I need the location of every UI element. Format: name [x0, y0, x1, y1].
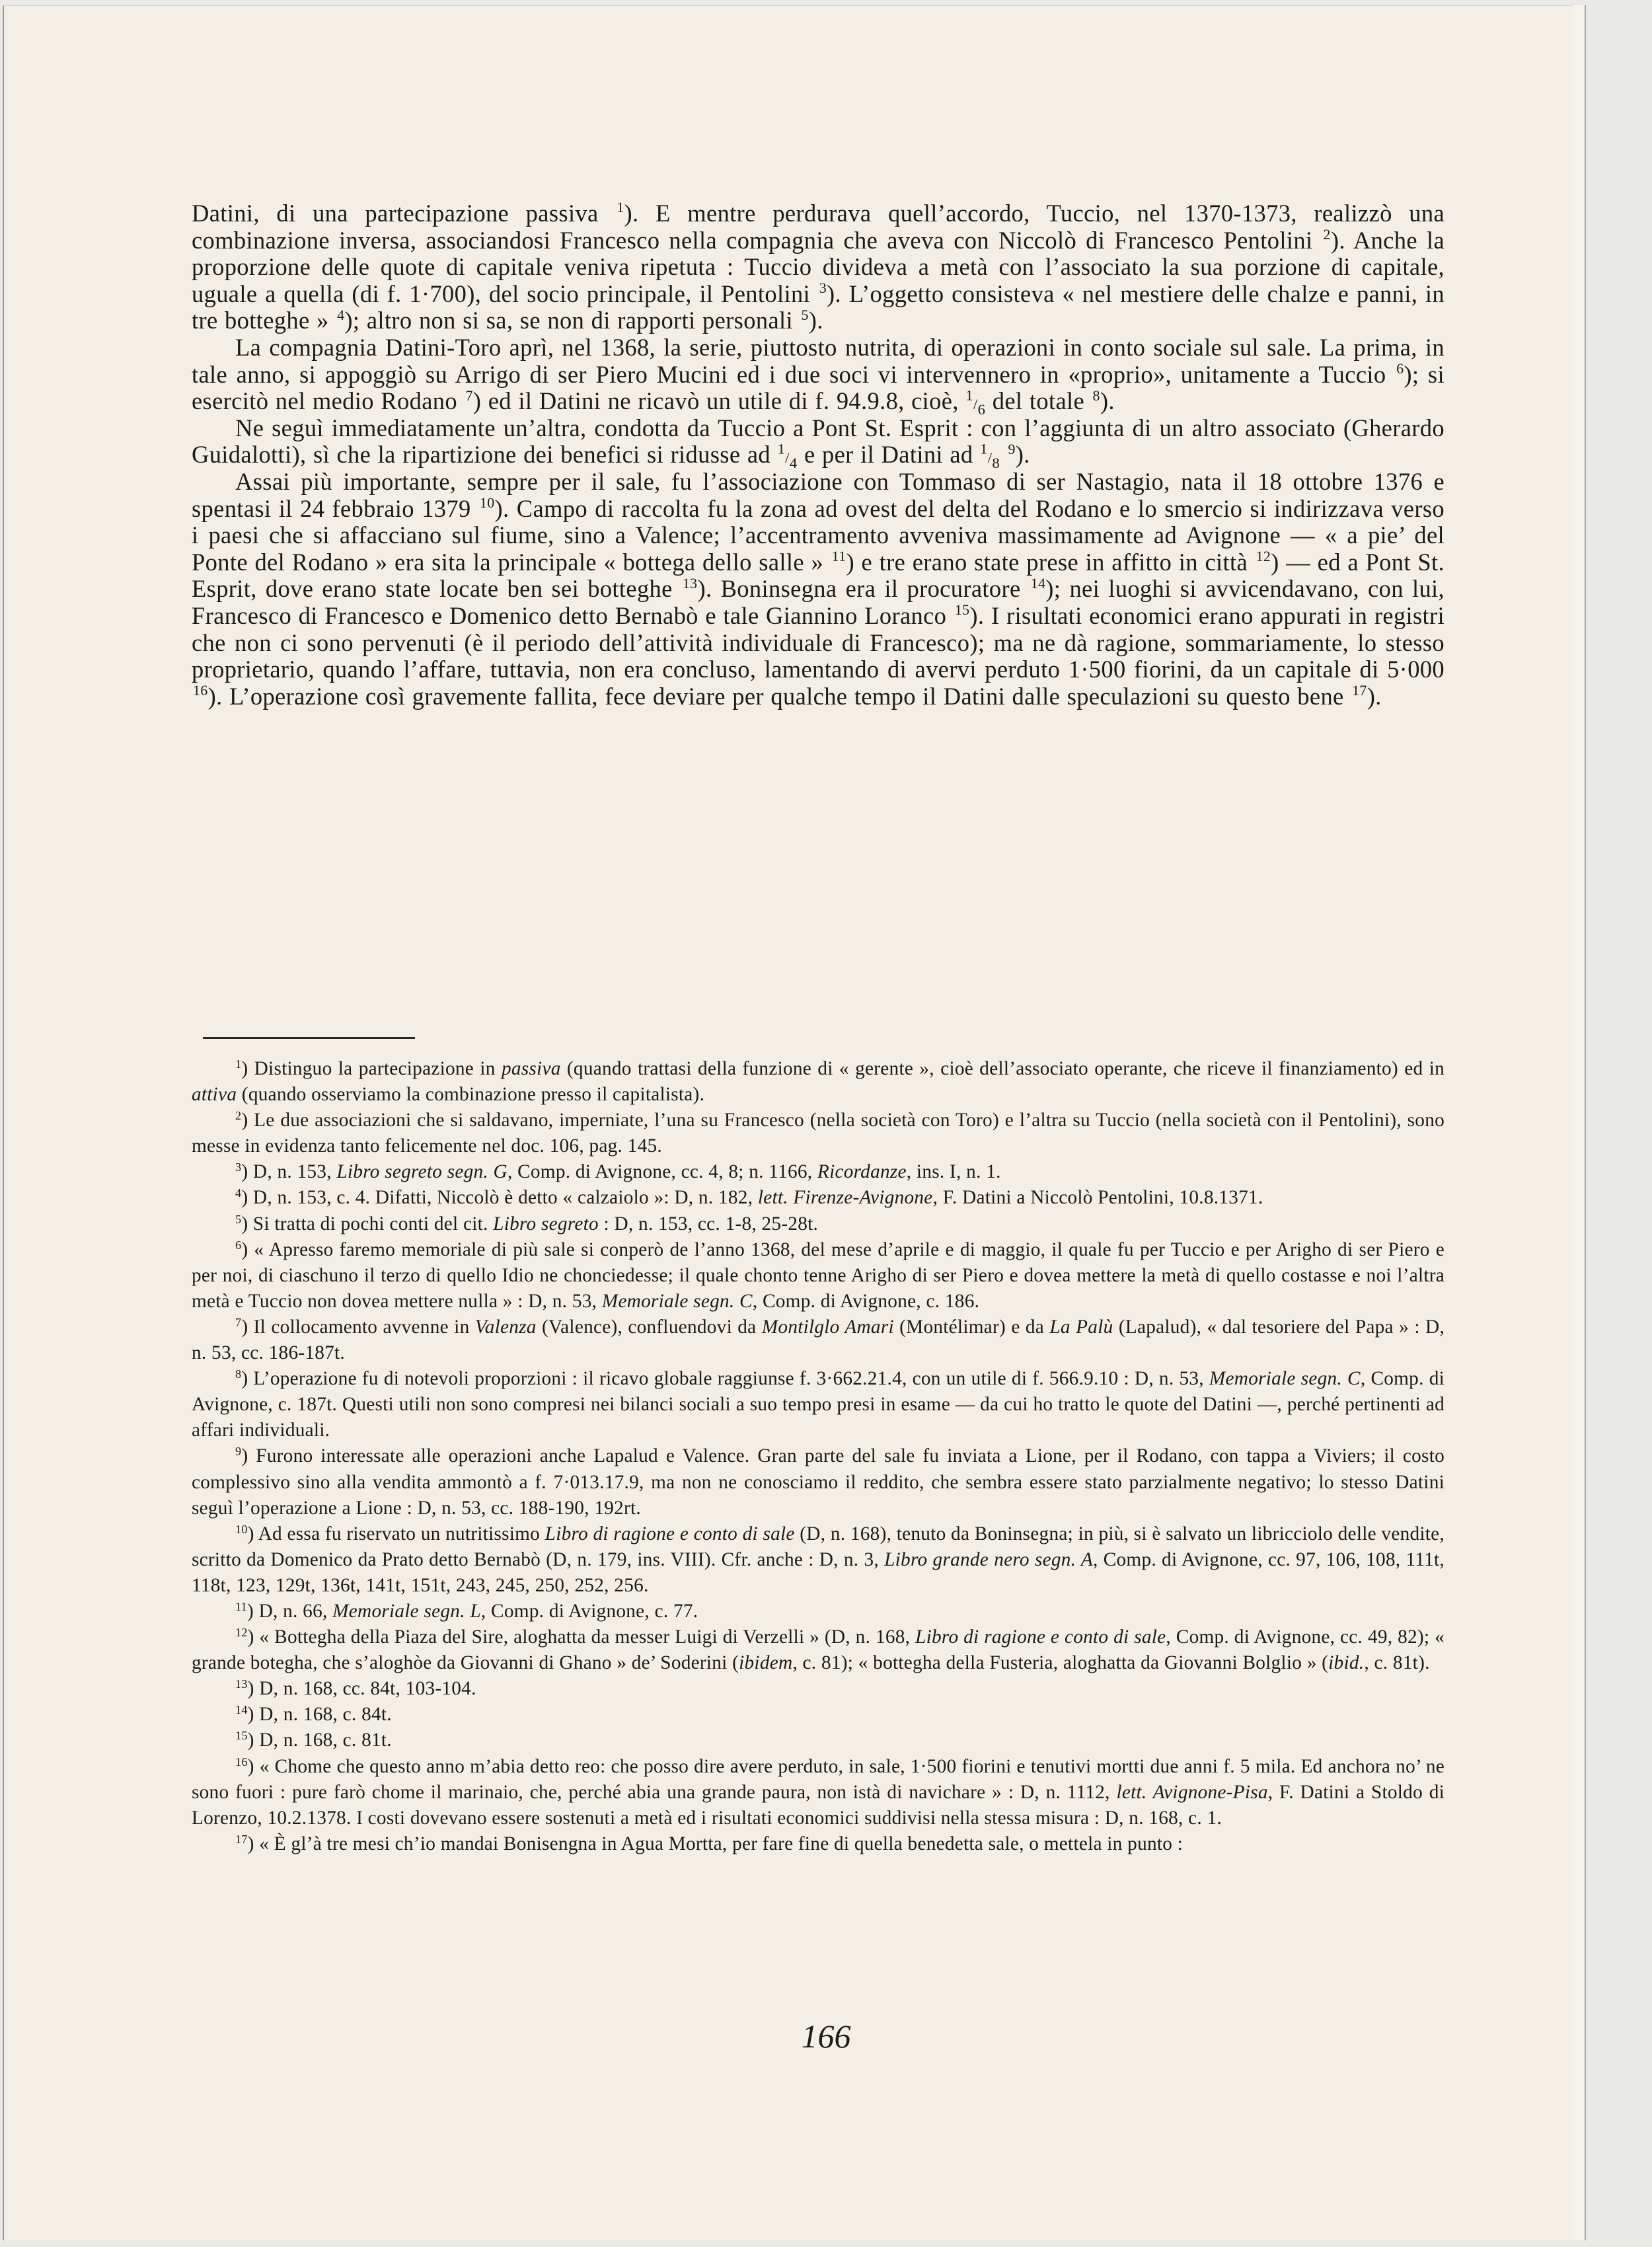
text-run: ) e tre erano state prese in affitto in … — [846, 549, 1254, 576]
text-run: del totale — [985, 387, 1091, 414]
text-run: (Montélimar) e da — [894, 1316, 1050, 1338]
footnote-ref: 3 — [819, 280, 827, 296]
footnote-ref: 7 — [465, 387, 472, 404]
fraction: 1/8 — [980, 449, 1000, 466]
footnote-10: 10) Ad essa fu riservato un nutritissimo… — [192, 1521, 1445, 1599]
footnote-14: 14) D, n. 168, c. 84t. — [192, 1702, 1445, 1728]
text-run — [1000, 441, 1006, 468]
text-run: ). Boninsegna era il procuratore — [697, 575, 1029, 602]
fraction-numerator: 1 — [965, 387, 973, 404]
italic-title: Memoriale segn. L — [332, 1601, 481, 1622]
italic-title: attiva — [192, 1084, 237, 1105]
footnote-ref: 11 — [832, 548, 846, 564]
text-run: , F. Datini a Niccolò Pentolini, 10.8.13… — [933, 1187, 1263, 1208]
footnote-marker: 10 — [235, 1523, 248, 1536]
footnote-11: 11) D, n. 66, Memoriale segn. L, Comp. d… — [192, 1599, 1445, 1624]
text-run: e per il Datini ad — [797, 441, 980, 468]
footnote-ref: 14 — [1031, 575, 1046, 591]
page-number: 166 — [727, 2017, 925, 2055]
footnote-4: 4) D, n. 153, c. 4. Difatti, Niccolò è d… — [192, 1185, 1445, 1211]
text-run: ) D, n. 168, cc. 84t, 103-104. — [248, 1678, 476, 1699]
fraction: 1/4 — [778, 449, 798, 466]
italic-title: ibid. — [1328, 1652, 1364, 1673]
text-run: ) ed il Datini ne ricavò un utile di f. … — [473, 387, 966, 414]
footnote-marker: 4 — [235, 1186, 241, 1200]
text-run: ) D, n. 168, c. 81t. — [248, 1730, 392, 1751]
italic-title: Memoriale segn. C — [1209, 1368, 1361, 1389]
italic-title: Libro di ragione e conto di sale — [545, 1523, 795, 1544]
footnote-marker: 9 — [235, 1445, 241, 1458]
footnote-marker: 1 — [235, 1057, 241, 1071]
body-paragraph: Datini, di una partecipazione passiva 1)… — [192, 200, 1445, 334]
text-run: (quando osserviamo la combinazione press… — [237, 1084, 704, 1105]
footnotes: 1) Distinguo la partecipazione in passiv… — [192, 1056, 1445, 1857]
italic-title: Libro segreto — [493, 1213, 599, 1235]
footnote-marker: 8 — [235, 1367, 241, 1381]
footnote-15: 15) D, n. 168, c. 81t. — [192, 1728, 1445, 1753]
footnote-marker: 2 — [235, 1109, 241, 1122]
text-run: ) « È gl’à tre mesi ch’io mandai Bonisen… — [248, 1833, 1183, 1854]
text-run: ). — [809, 307, 823, 334]
fraction: 1/6 — [965, 396, 985, 412]
text-run: , Comp. di Avignone, c. 186. — [753, 1291, 979, 1312]
text-run: ) D, n. 168, c. 84t. — [248, 1704, 392, 1725]
text-run: ) L’operazione fu di notevoli proporzion… — [241, 1368, 1209, 1389]
text-run: ) D, n. 66, — [247, 1601, 332, 1622]
footnote-5: 5) Si tratta di pochi conti del cit. Lib… — [192, 1211, 1445, 1237]
text-run: ) Furono interessate alle operazioni anc… — [192, 1445, 1445, 1518]
footnote-marker: 11 — [235, 1600, 247, 1613]
text-run: ) Distinguo la partecipazione in — [241, 1058, 502, 1079]
footnote-ref: 2 — [1324, 226, 1331, 243]
footnote-6: 6) « Apresso faremo memoriale di più sal… — [192, 1237, 1445, 1314]
footnote-marker: 5 — [235, 1213, 241, 1226]
body-paragraph: Assai più importante, sempre per il sale… — [192, 469, 1445, 710]
italic-title: La Palù — [1049, 1316, 1113, 1338]
text-run: (Valence), confluendovi da — [537, 1316, 762, 1338]
fraction-numerator: 1 — [778, 441, 786, 457]
footnote-separator — [203, 1037, 415, 1039]
footnote-ref: 10 — [480, 494, 495, 511]
footnote-ref: 4 — [337, 307, 344, 323]
footnote-7: 7) Il collocamento avvenne in Valenza (V… — [192, 1314, 1445, 1366]
text-run: ) Si tratta di pochi conti del cit. — [241, 1213, 493, 1235]
italic-title: Libro grande nero segn. A — [884, 1549, 1093, 1570]
italic-title: lett. Firenze-Avignone — [758, 1187, 933, 1208]
text-run: ) Il collocamento avvenne in — [241, 1316, 474, 1338]
text-run: , Comp. di Avignone, cc. 4, 8; n. 1166, — [507, 1161, 817, 1182]
italic-title: ibidem — [739, 1652, 792, 1673]
text-run: , Comp. di Avignone, c. 77. — [481, 1601, 698, 1622]
italic-title: passiva — [502, 1058, 561, 1079]
footnote-marker: 7 — [235, 1316, 241, 1329]
text-run: , c. 81t). — [1364, 1652, 1429, 1673]
body-paragraph: La compagnia Datini-Toro aprì, nel 1368,… — [192, 334, 1445, 415]
footnote-ref: 1 — [617, 199, 624, 215]
italic-title: Ricordanze — [817, 1161, 907, 1182]
footnote-12: 12) « Bottegha della Piaza del Sire, alo… — [192, 1624, 1445, 1676]
footnote-marker: 12 — [235, 1626, 248, 1639]
footnote-ref: 8 — [1093, 387, 1100, 404]
text-run: , ins. I, n. 1. — [907, 1161, 1001, 1182]
italic-title: Libro segreto segn. G — [336, 1161, 507, 1182]
text-run: (quando trattasi della funzione di « ger… — [561, 1058, 1445, 1079]
footnote-13: 13) D, n. 168, cc. 84t, 103-104. — [192, 1676, 1445, 1702]
text-run: ) « Bottegha della Piaza del Sire, alogh… — [248, 1626, 915, 1648]
main-text: Datini, di una partecipazione passiva 1)… — [192, 200, 1445, 710]
footnote-ref: 12 — [1256, 548, 1271, 564]
footnote-marker: 6 — [235, 1238, 241, 1252]
footnote-17: 17) « È gl’à tre mesi ch’io mandai Bonis… — [192, 1831, 1445, 1857]
text-run: ). — [1100, 387, 1115, 414]
fraction-numerator: 1 — [980, 441, 988, 457]
footnote-2: 2) Le due associazioni che si saldavano,… — [192, 1108, 1445, 1159]
footnote-16: 16) « Chome che questo anno m’abia detto… — [192, 1754, 1445, 1831]
text-run: ) Ad essa fu riservato un nutritissimo — [248, 1523, 545, 1544]
footnote-ref: 16 — [193, 682, 208, 699]
italic-title: Valenza — [475, 1316, 537, 1338]
fraction-slash: / — [973, 396, 978, 412]
text-run: ); altro non si sa, se non di rapporti p… — [344, 307, 800, 334]
footnote-marker: 16 — [235, 1755, 248, 1769]
footnote-ref: 13 — [683, 575, 698, 591]
text-run: La compagnia Datini-Toro aprì, nel 1368,… — [192, 334, 1445, 388]
text-run: , c. 81); « bottegha della Fusteria, alo… — [792, 1652, 1328, 1673]
footnote-marker: 3 — [235, 1161, 241, 1174]
footnote-marker: 13 — [235, 1677, 248, 1691]
italic-title: Libro di ragione e conto di sale — [915, 1626, 1166, 1648]
italic-title: Memoriale segn. C — [602, 1291, 753, 1312]
text-run: ) Le due associazioni che si saldavano, … — [192, 1110, 1445, 1157]
text-run: ). L’operazione così gravemente fallita,… — [208, 683, 1351, 710]
page-edge — [1573, 5, 1586, 2240]
footnote-ref: 9 — [1008, 441, 1015, 457]
footnote-ref: 17 — [1352, 682, 1367, 699]
footnote-ref: 6 — [1396, 360, 1404, 377]
text-run: : D, n. 153, cc. 1-8, 25-28t. — [599, 1213, 818, 1235]
body-paragraph: Ne seguì immediatamente un’altra, condot… — [192, 415, 1445, 469]
text-run: ). — [1016, 441, 1030, 468]
text-run: ) D, n. 153, — [241, 1161, 336, 1182]
footnote-ref: 15 — [955, 601, 970, 618]
footnote-marker: 14 — [235, 1703, 248, 1716]
text-run: ). — [1367, 683, 1382, 710]
footnote-marker: 15 — [235, 1729, 248, 1742]
footnote-1: 1) Distinguo la partecipazione in passiv… — [192, 1056, 1445, 1108]
footnote-marker: 17 — [235, 1833, 248, 1846]
footnote-9: 9) Furono interessate alle operazioni an… — [192, 1443, 1445, 1521]
text-run: Datini, di una partecipazione passiva — [192, 200, 615, 227]
text-run: ) D, n. 153, c. 4. Difatti, Niccolò è de… — [241, 1187, 757, 1208]
italic-title: lett. Avignone-Pisa — [1116, 1782, 1267, 1803]
italic-title: Montilglo Amari — [762, 1316, 894, 1338]
footnote-8: 8) L’operazione fu di notevoli proporzio… — [192, 1366, 1445, 1443]
footnote-ref: 5 — [801, 307, 808, 323]
fraction-slash: / — [785, 449, 790, 466]
footnote-3: 3) D, n. 153, Libro segreto segn. G, Com… — [192, 1159, 1445, 1185]
